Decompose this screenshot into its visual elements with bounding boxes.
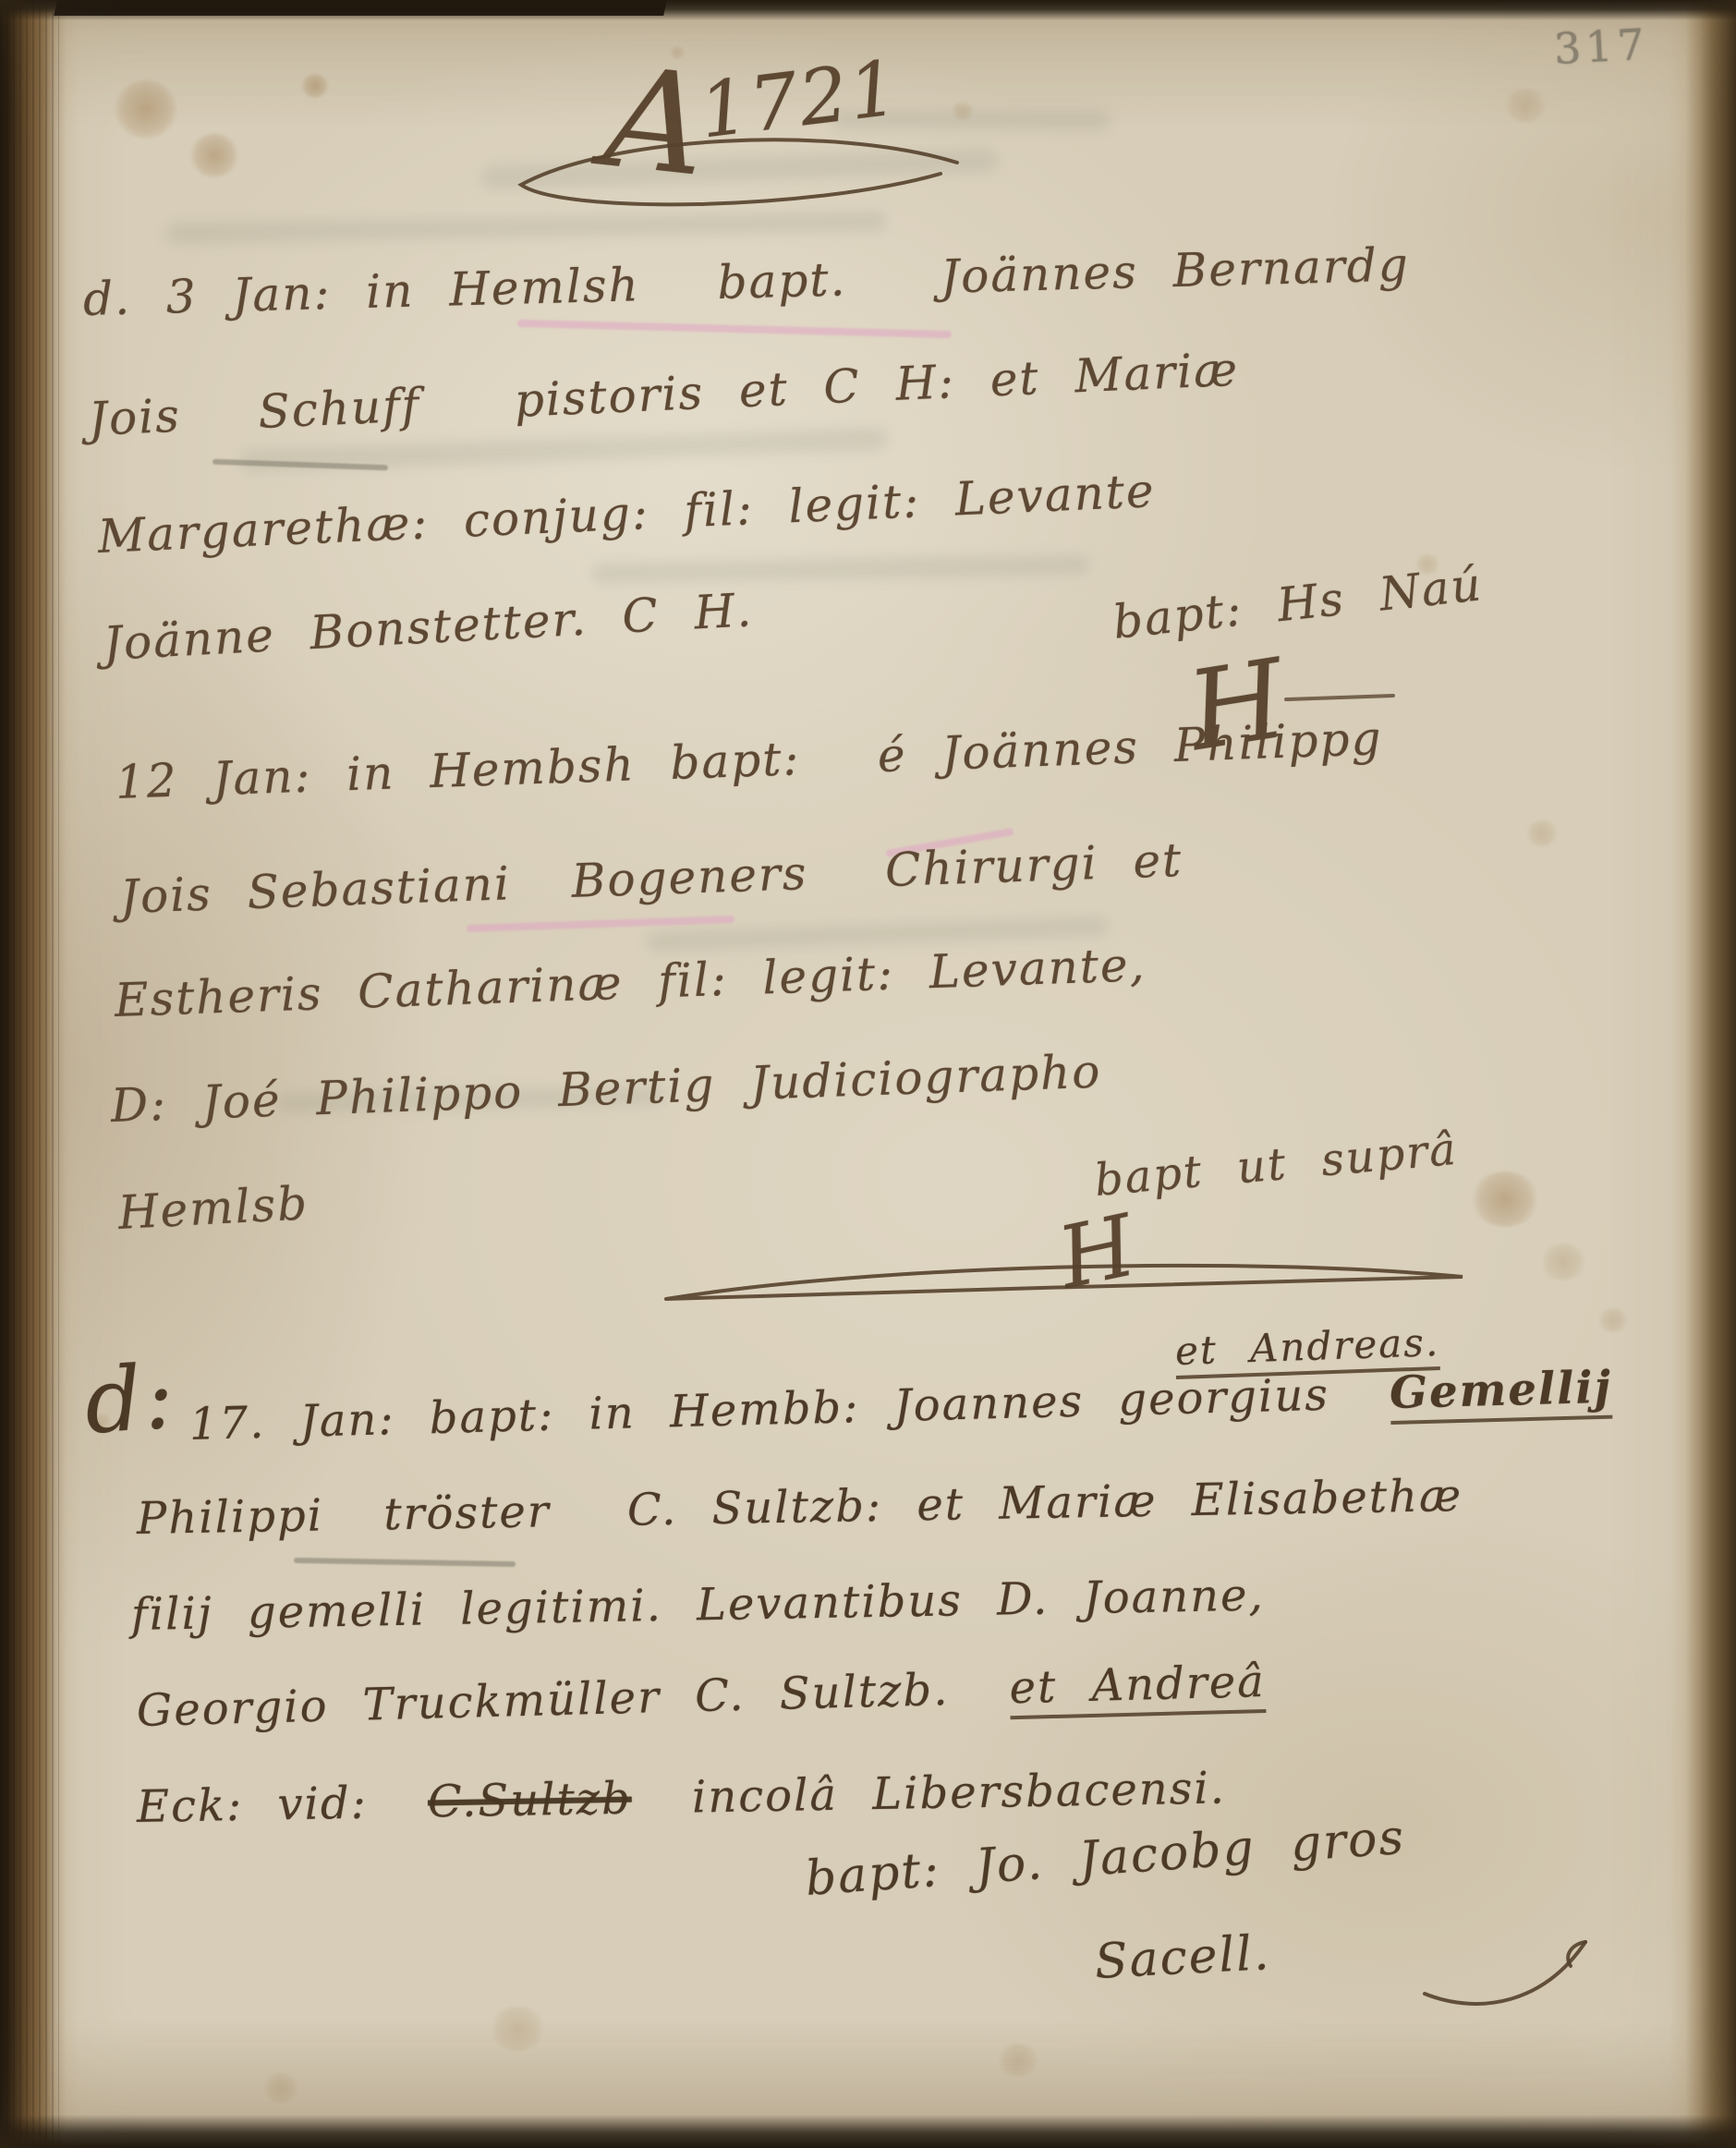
entry2-father-surname: Bogeners xyxy=(571,846,809,908)
entry2-line2-rest: Chirurgi et xyxy=(884,833,1184,897)
document-scan: 317 A 1721 d. 3 Jan: in Hemlsh bapt. Joä… xyxy=(0,0,1736,2148)
entry3-signature-title: Sacell. xyxy=(1093,1925,1271,1990)
entry1-father-surname: Schuff xyxy=(257,378,421,439)
ink-stain xyxy=(1471,1171,1539,1227)
foxing-spot xyxy=(490,2007,545,2051)
entry3-struck-word: C.Sultzb xyxy=(428,1773,633,1828)
entry3-line4-underlined: et Andreâ xyxy=(1009,1656,1267,1719)
entry3-father-surname: tröster xyxy=(383,1486,551,1540)
entry2-place: Hemlsb xyxy=(116,1176,310,1240)
entry3-line5-post: incolâ Libersbacensi. xyxy=(691,1762,1226,1823)
foxing-spot xyxy=(998,2044,1038,2077)
ink-stain xyxy=(301,74,329,98)
ink-stain xyxy=(115,79,177,139)
book-binding-edge xyxy=(0,0,79,2148)
page-curl-edge xyxy=(1669,0,1736,2148)
entry3-initial: d: xyxy=(81,1344,178,1454)
entry3-inserted-above: et Andreas. xyxy=(1174,1319,1440,1374)
entry3-line5-pre: Eck: vid: xyxy=(137,1778,369,1833)
ink-stain xyxy=(190,133,238,177)
entry3-signature-line2: Sacell. xyxy=(1093,1925,1271,1990)
foxing-spot xyxy=(1526,820,1558,846)
foxing-spot xyxy=(1504,89,1547,122)
entry3-gemelli-word: Gemellij xyxy=(1389,1362,1612,1425)
foxing-spot xyxy=(1598,1308,1628,1332)
entry2-line5-place: Hemlsb xyxy=(116,1176,310,1240)
foxing-spot xyxy=(262,2073,299,2103)
signature-swash xyxy=(1415,1918,1609,2020)
scan-bottom-edge xyxy=(0,2115,1736,2148)
entry2-flourish xyxy=(661,1255,1474,1310)
folio-number: 317 xyxy=(1553,19,1650,74)
entry1-bapt-word: bapt. xyxy=(717,252,847,309)
foxing-spot xyxy=(952,102,974,120)
entry1-father-name: Jois xyxy=(88,389,182,446)
entry3-father-name: Philippi xyxy=(137,1489,324,1545)
scan-top-corner-shadow xyxy=(54,0,667,16)
foxing-spot xyxy=(1541,1244,1585,1280)
